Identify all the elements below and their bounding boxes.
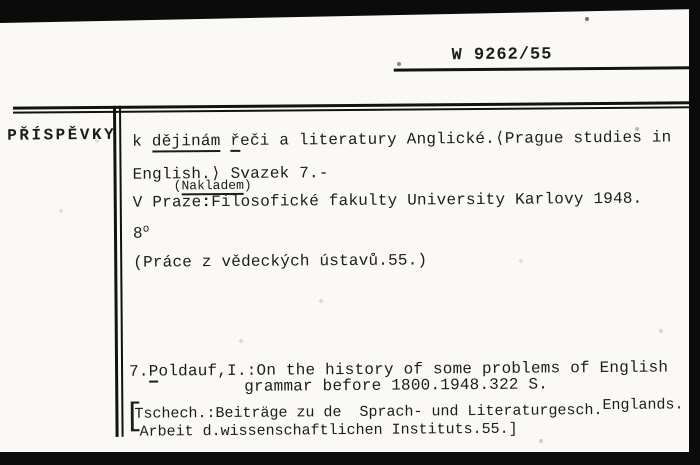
entry-number: 7. [129, 363, 149, 381]
footnote-line-1-text: Tschech.:Beiträge zu de Sprach- und Lite… [134, 402, 602, 423]
title-line-1-post: eči a literatury Anglické.⟨Prague studie… [240, 128, 671, 149]
format-superscript: o [143, 224, 150, 236]
catalog-card-scan: W 9262/55 PŘÍSPĚVKY k dějinám řeči a lit… [0, 0, 700, 465]
card-heading: PŘÍSPĚVKY [7, 126, 116, 145]
call-number-rule [394, 66, 692, 71]
column-double-rule [113, 106, 124, 437]
insertion-close-paren: ) [244, 178, 252, 193]
footnote-line-1-raised-word: Englands. [602, 396, 683, 414]
imprint-insertion: (Nakladem) [174, 178, 252, 194]
footnote-line-1: Tschech.:Beiträge zu de Sprach- und Lite… [134, 401, 683, 422]
title-line-1-underlined-word: dějinám [152, 132, 221, 153]
scan-border-right [689, 0, 700, 465]
title-line-1-mid [220, 132, 230, 150]
imprint-place: V Praze [133, 193, 202, 212]
title-line-1-underlined-letter: ř [230, 132, 240, 152]
series-note: (Práce z vědeckých ústavů.55.) [133, 251, 427, 271]
insertion-open-paren: ( [174, 178, 182, 193]
title-line-1-pre: k [132, 133, 152, 151]
scan-border-bottom [0, 452, 700, 465]
format-statement: 8o [133, 225, 150, 243]
imprint-line: V Praze:Filosofické fakulty University K… [133, 190, 643, 212]
call-number: W 9262/55 [452, 45, 553, 65]
footnote-line-2: Arbeit d.wissenschaftlichen Instituts.55… [139, 421, 517, 441]
entry-line-2: grammar before 1800.1948.322 S. [244, 375, 548, 395]
imprint-publisher: Filosofické fakulty University Karlovy 1… [211, 190, 642, 211]
format-numeral: 8 [133, 225, 143, 243]
card-content: W 9262/55 PŘÍSPĚVKY k dějinám řeči a lit… [0, 0, 700, 465]
title-line-1: k dějinám řeči a literatury Anglické.⟨Pr… [132, 126, 671, 150]
